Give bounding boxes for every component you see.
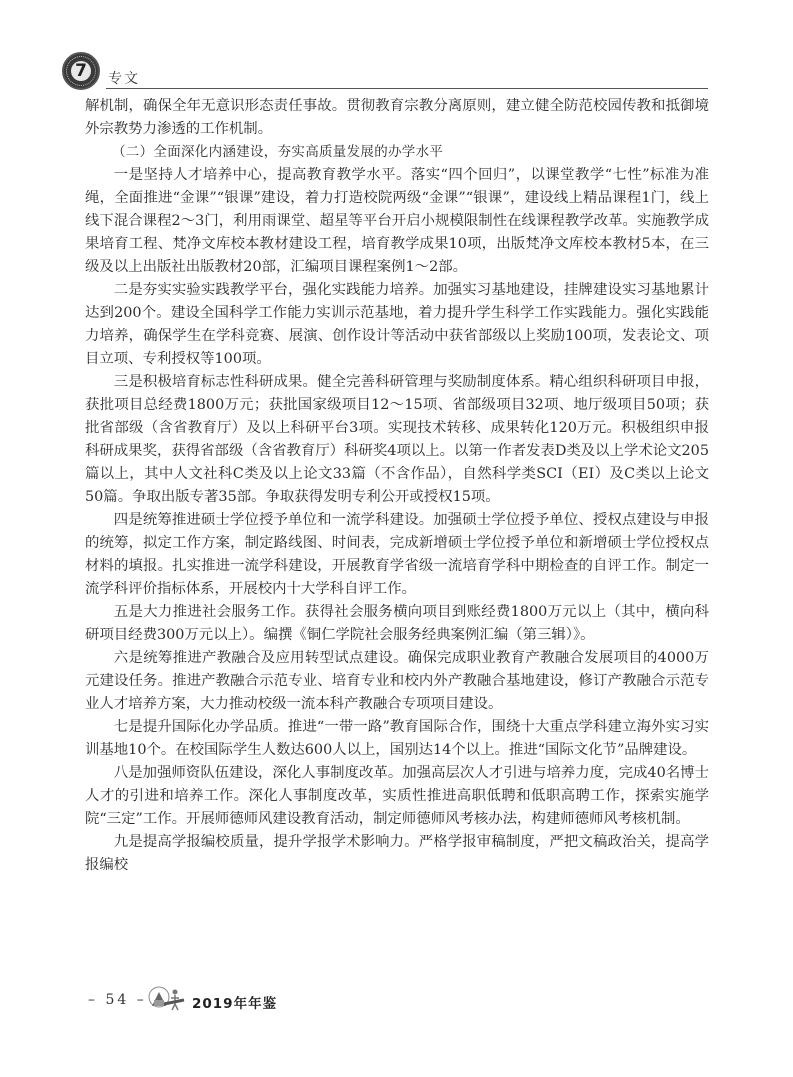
university-logo-icon: 7 <box>62 52 100 90</box>
section-label: 专文 <box>108 68 140 88</box>
page-header: 7 专文 <box>62 52 712 92</box>
paragraph-continuation: 解机制，确保全年无意识形态责任事故。贯彻教育宗教分离原则，建立健全防范校园传教和… <box>85 95 709 141</box>
paragraph: 六是统筹推进产教融合及应用转型试点建设。确保完成职业教育产教融合发展项目的400… <box>85 647 709 716</box>
paragraph: 九是提高学报编校质量，提升学报学术影响力。严格学报审稿制度，严把文稿政治关，提高… <box>85 831 709 877</box>
paragraph: 一是坚持人才培养中心，提高教育教学水平。落实“四个回归”，以课堂教学“七性”标准… <box>85 164 709 279</box>
paragraph: 四是统筹推进硕士学位授予单位和一流学科建设。加强硕士学位授予单位、授权点建设与申… <box>85 509 709 601</box>
page-footer: – 54 – 2019年年鉴 <box>88 986 388 1016</box>
yearbook-mascot-icon <box>148 986 188 1012</box>
header-divider <box>106 88 708 89</box>
section-heading: （二）全面深化内涵建设，夯实高质量发展的办学水平 <box>85 141 709 164</box>
logo-glyph: 7 <box>71 61 91 81</box>
paragraph: 五是大力推进社会服务工作。获得社会服务横向项目到账经费1800万元以上（其中，横… <box>85 601 709 647</box>
page-number: – 54 – <box>88 992 147 1008</box>
paragraph: 七是提升国际化办学品质。推进“一带一路”教育国际合作，围绕十大重点学科建立海外实… <box>85 716 709 762</box>
paragraph: 二是夯实实验实践教学平台，强化实践能力培养。加强实习基地建设，挂牌建设实习基地累… <box>85 279 709 371</box>
paragraph: 八是加强师资队伍建设，深化人事制度改革。加强高层次人才引进与培养力度，完成40名… <box>85 762 709 831</box>
yearbook-title: 2019年年鉴 <box>192 992 277 1012</box>
article-body: 解机制，确保全年无意识形态责任事故。贯彻教育宗教分离原则，建立健全防范校园传教和… <box>85 95 709 877</box>
paragraph: 三是积极培育标志性科研成果。健全完善科研管理与奖励制度体系。精心组织科研项目申报… <box>85 371 709 509</box>
